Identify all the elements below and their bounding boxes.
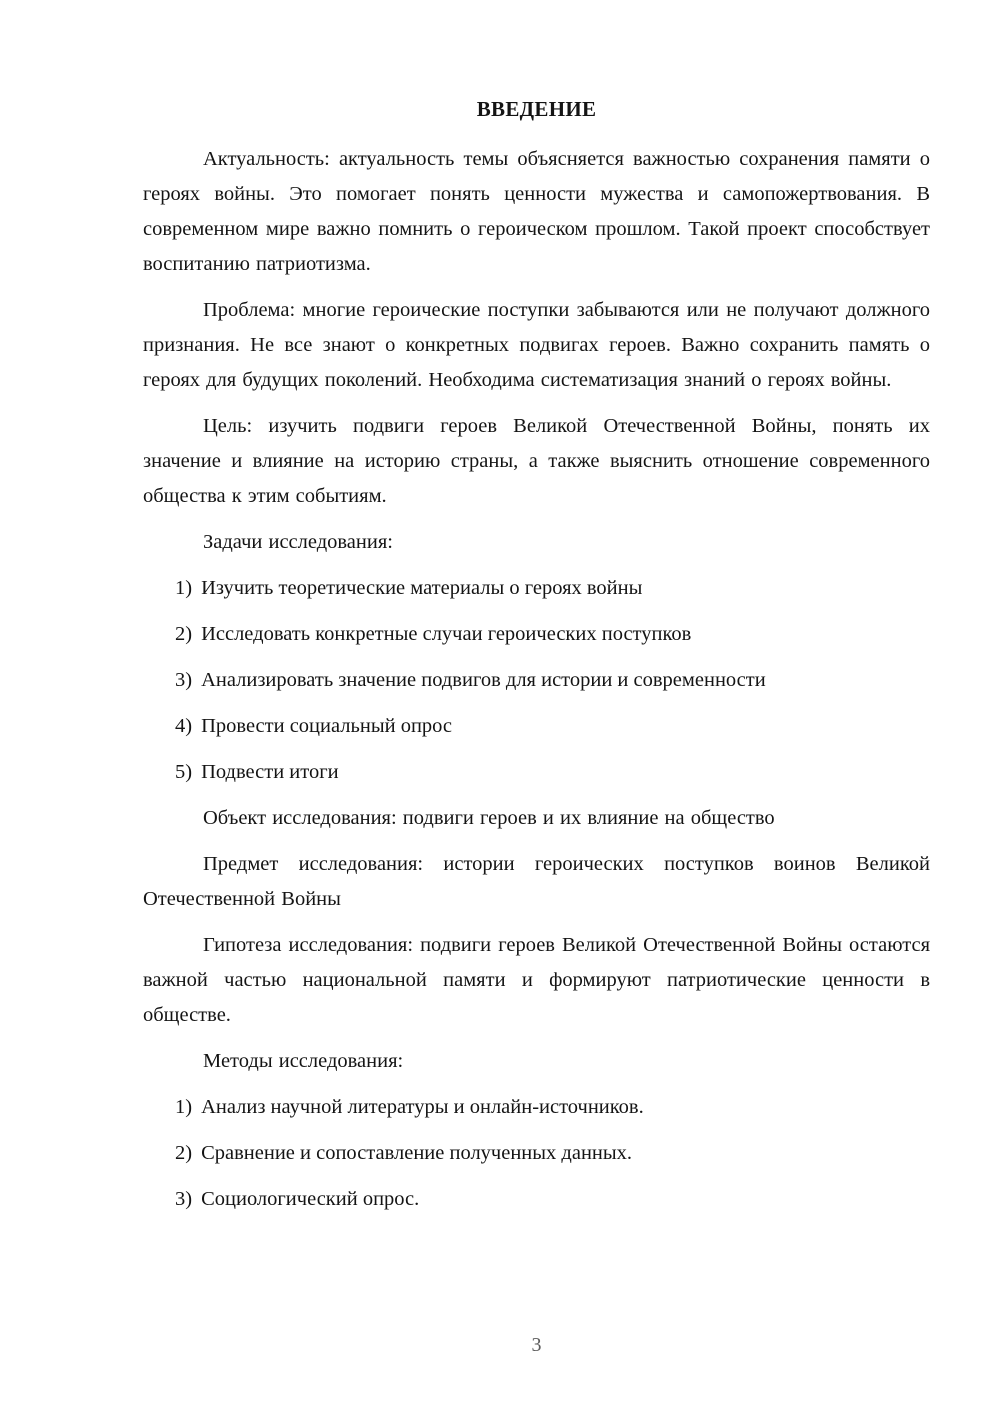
paragraph-actuality: Актуальность: актуальность темы объясняе… [143, 142, 930, 282]
task-item-5-text: Подвести итоги [201, 761, 339, 783]
paragraph-problem: Проблема: многие героические поступки за… [143, 293, 930, 398]
task-item-2-text: Исследовать конкретные случаи героически… [201, 623, 691, 645]
tasks-heading: Задачи исследования: [143, 525, 930, 560]
method-item-2-text: Сравнение и сопоставление полученных дан… [201, 1142, 632, 1164]
page-title: ВВЕДЕНИЕ [143, 92, 930, 127]
method-item-2: 2)Сравнение и сопоставление полученных д… [143, 1136, 930, 1171]
task-item-5: 5)Подвести итоги [143, 755, 930, 790]
paragraph-goal: Цель: изучить подвиги героев Великой Оте… [143, 409, 930, 514]
task-item-1-text: Изучить теоретические материалы о героях… [201, 577, 642, 599]
method-item-1: 1)Анализ научной литературы и онлайн-ист… [143, 1090, 930, 1125]
task-item-3-text: Анализировать значение подвигов для исто… [201, 669, 766, 691]
task-item-1: 1)Изучить теоретические материалы о геро… [143, 571, 930, 606]
task-item-2-marker: 2) [175, 623, 192, 645]
task-item-4-text: Провести социальный опрос [201, 715, 452, 737]
method-item-3-marker: 3) [175, 1188, 192, 1210]
task-item-2: 2)Исследовать конкретные случаи героичес… [143, 617, 930, 652]
methods-heading: Методы исследования: [143, 1044, 930, 1079]
paragraph-subject: Предмет исследования: истории героически… [143, 847, 930, 917]
method-item-3: 3)Социологический опрос. [143, 1182, 930, 1217]
paragraph-object: Объект исследования: подвиги героев и их… [143, 801, 930, 836]
task-item-1-marker: 1) [175, 577, 192, 599]
task-item-3-marker: 3) [175, 669, 192, 691]
method-item-2-marker: 2) [175, 1142, 192, 1164]
method-item-1-marker: 1) [175, 1096, 192, 1118]
paragraph-hypothesis: Гипотеза исследования: подвиги героев Ве… [143, 928, 930, 1033]
task-item-4-marker: 4) [175, 715, 192, 737]
task-item-4: 4)Провести социальный опрос [143, 709, 930, 744]
task-item-5-marker: 5) [175, 761, 192, 783]
document-page: ВВЕДЕНИЕ Актуальность: актуальность темы… [0, 0, 1000, 1414]
task-item-3: 3)Анализировать значение подвигов для ис… [143, 663, 930, 698]
method-item-3-text: Социологический опрос. [201, 1188, 419, 1210]
method-item-1-text: Анализ научной литературы и онлайн-источ… [201, 1096, 644, 1118]
page-number: 3 [143, 1333, 930, 1357]
